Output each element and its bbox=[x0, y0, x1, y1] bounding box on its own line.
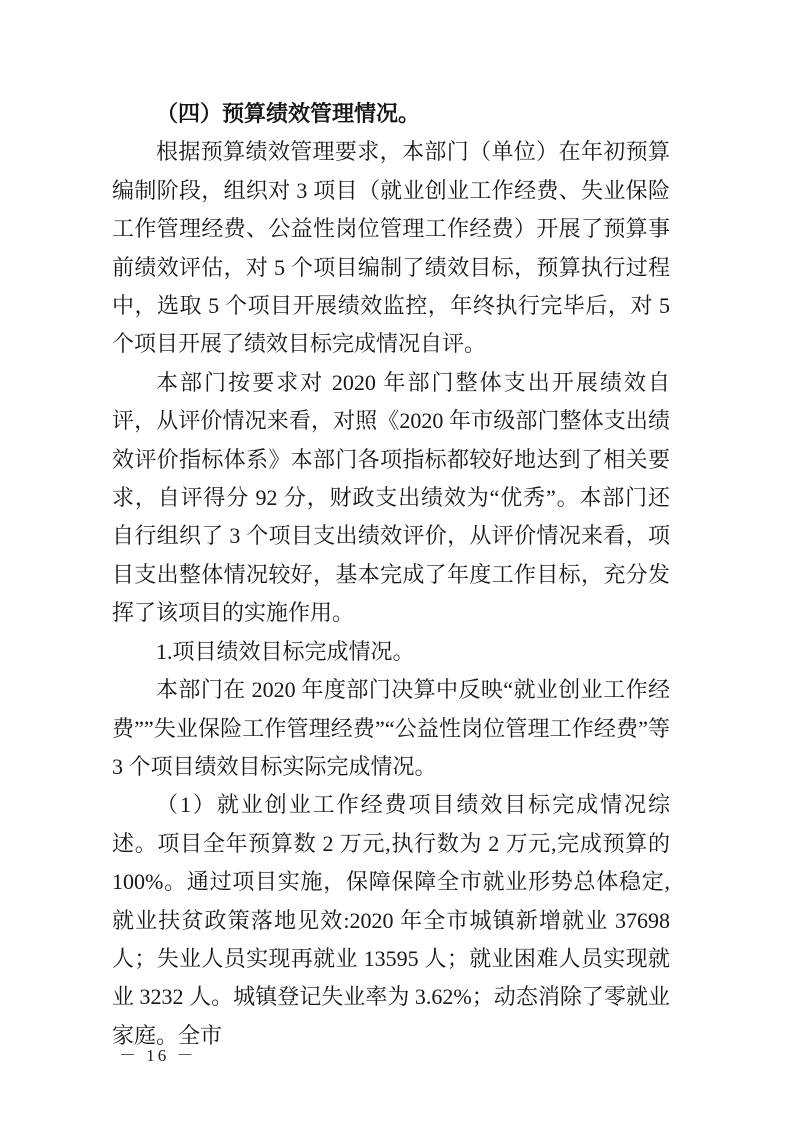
document-page: （四）预算绩效管理情况。 根据预算绩效管理要求，本部门（单位）在年初预算编制阶段… bbox=[0, 0, 793, 1122]
paragraph-budget-performance-overview: 根据预算绩效管理要求，本部门（单位）在年初预算编制阶段，组织对 3 项目（就业创… bbox=[112, 133, 670, 363]
paragraph-three-projects: 本部门在 2020 年度部门决算中反映“就业创业工作经费””失业保险工作管理经费… bbox=[112, 671, 670, 786]
paragraph-self-evaluation: 本部门按要求对 2020 年部门整体支出开展绩效自评，从评价情况来看，对照《20… bbox=[112, 364, 670, 633]
paragraph-employment-project-summary: （1）就业创业工作经费项目绩效目标完成情况综述。项目全年预算数 2 万元,执行数… bbox=[112, 786, 670, 1055]
section-heading: （四）预算绩效管理情况。 bbox=[112, 95, 670, 133]
document-body: （四）预算绩效管理情况。 根据预算绩效管理要求，本部门（单位）在年初预算编制阶段… bbox=[112, 95, 670, 1055]
page-number: － 16 － bbox=[119, 1041, 197, 1066]
subheading-project-goal-completion: 1.项目绩效目标完成情况。 bbox=[112, 633, 670, 671]
